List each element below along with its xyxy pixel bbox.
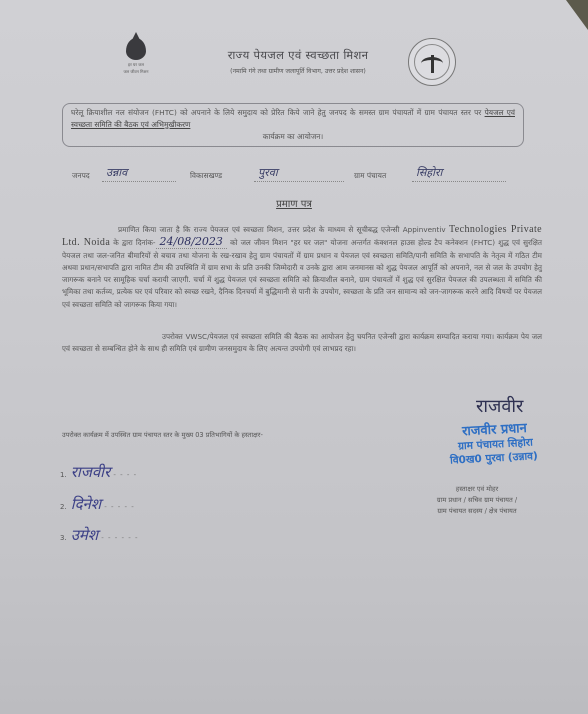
signatory-row: 3.उमेश - - - - - - bbox=[60, 525, 139, 545]
certificate-paragraph-2: उपरोक्त VWSC/पेयजल एवं स्वच्छता समिति की… bbox=[62, 331, 542, 356]
signatory-signature: राजवीर bbox=[71, 463, 111, 481]
subject-box: घरेलू क्रियाशील नल संयोजन (FHTC) को अपना… bbox=[62, 103, 524, 147]
up-govt-emblem-icon bbox=[408, 38, 456, 86]
signatories-note: उपरोक्त कार्यक्रम में उपस्थित ग्राम पंचा… bbox=[62, 430, 342, 440]
signatory-row: 2.दिनेश - - - - - bbox=[60, 494, 135, 514]
body-rest: को जल जीवन मिशन "हर घर जल" योजना अन्तर्ग… bbox=[62, 238, 542, 308]
signatory-number: 2. bbox=[60, 503, 67, 511]
subject-end: कार्यक्रम का आयोजन। bbox=[71, 131, 515, 143]
block-label: विकासखण्ड bbox=[190, 171, 222, 181]
caption-line: ग्राम पंचायत सदस्य / क्षेत्र पंचायत bbox=[412, 506, 542, 517]
paper-corner-shadow bbox=[566, 0, 588, 30]
signatory-number: 3. bbox=[60, 534, 67, 542]
signatory-row: 1.राजवीर - - - - bbox=[60, 462, 137, 482]
program-date: 24/08/2023 bbox=[156, 235, 227, 249]
pradhan-stamp: राजवीर राजवीर प्रधान ग्राम पंचायत सिहोरा… bbox=[450, 394, 588, 464]
letterhead-subtitle: (नमामि गंगे तथा ग्रामीण जलापूर्ति विभाग,… bbox=[168, 66, 428, 75]
water-drop-icon bbox=[126, 38, 146, 60]
block-value: पुरवा bbox=[254, 165, 344, 182]
signatory-signature: उमेश bbox=[71, 526, 98, 544]
certificate-body: प्रमाणित किया जाता है कि राज्य पेयजल एवं… bbox=[62, 224, 542, 311]
body-date-label: के द्वारा दिनांक- bbox=[110, 238, 155, 247]
pradhan-signature: राजवीर bbox=[476, 394, 588, 418]
caption-line: ग्राम प्रधान / सचिव ग्राम पंचायत / bbox=[412, 495, 542, 506]
body-intro: प्रमाणित किया जाता है कि राज्य पेयजल एवं… bbox=[118, 225, 446, 234]
logo-caption-2: जल जीवन मिशन bbox=[118, 69, 154, 74]
panchayat-label: ग्राम पंचायत bbox=[354, 171, 386, 181]
document-page: हर घर जल जल जीवन मिशन राज्य पेयजल एवं स्… bbox=[0, 0, 588, 714]
panchayat-value: सिहोरा bbox=[412, 165, 506, 182]
signatory-number: 1. bbox=[60, 471, 67, 479]
letterhead-title: राज्य पेयजल एवं स्वच्छता मिशन bbox=[168, 48, 428, 63]
district-value: उन्नाव bbox=[102, 165, 176, 182]
signature-caption: हस्ताक्षर एवं मोहर ग्राम प्रधान / सचिव ग… bbox=[412, 484, 542, 517]
para2-text: उपरोक्त VWSC/पेयजल एवं स्वच्छता समिति की… bbox=[62, 332, 542, 353]
district-label: जनपद bbox=[72, 171, 90, 181]
certificate-heading: प्रमाण पत्र bbox=[0, 196, 588, 210]
signatory-signature: दिनेश bbox=[71, 495, 101, 513]
letterhead: हर घर जल जल जीवन मिशन राज्य पेयजल एवं स्… bbox=[118, 38, 468, 88]
jal-jeevan-mission-logo: हर घर जल जल जीवन मिशन bbox=[118, 38, 154, 80]
logo-caption-1: हर घर जल bbox=[118, 62, 154, 67]
caption-line: हस्ताक्षर एवं मोहर bbox=[412, 484, 542, 495]
subject-text: घरेलू क्रियाशील नल संयोजन (FHTC) को अपना… bbox=[71, 108, 485, 117]
